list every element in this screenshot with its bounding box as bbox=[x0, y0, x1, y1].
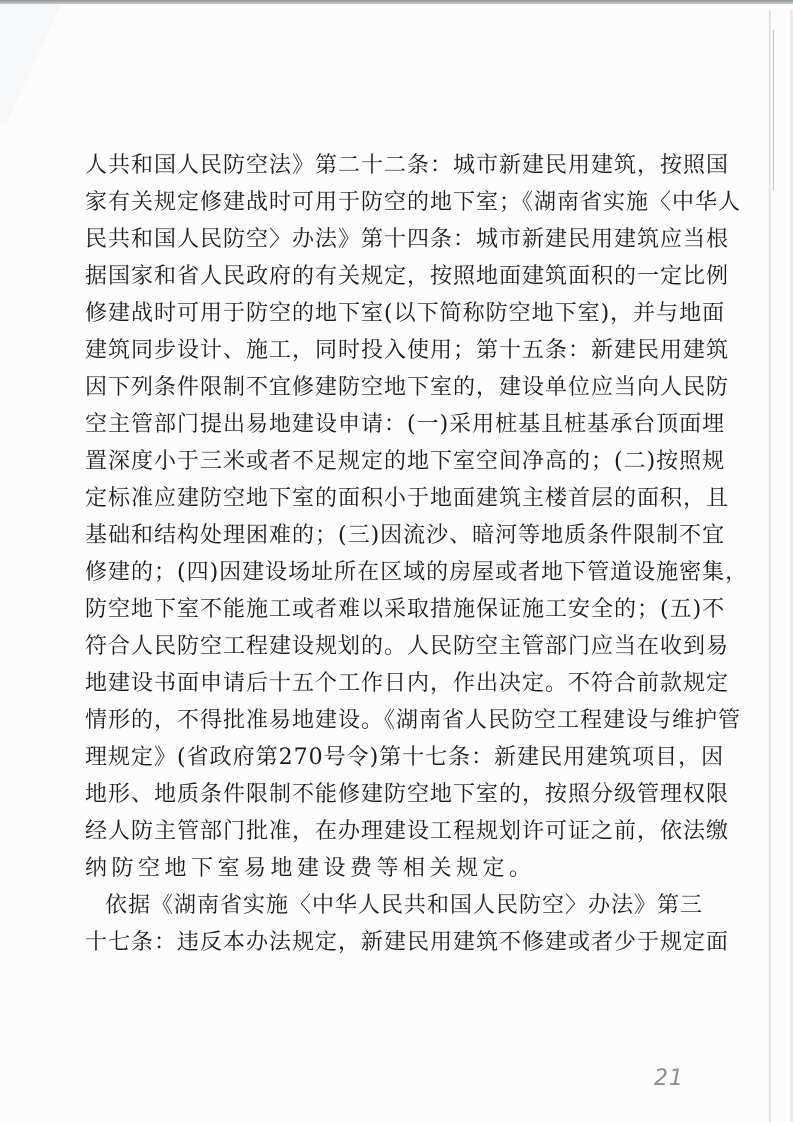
text-line: 因下列条件限制不宜修建防空地下室的，建设单位应当向人民防 bbox=[85, 369, 673, 406]
text-line: 定标准应建防空地下室的面积小于地面建筑主楼首层的面积，且 bbox=[85, 480, 673, 517]
text-line: 理规定》(省政府第270号令)第十七条：新建民用建筑项目，因 bbox=[85, 739, 673, 776]
text-line: 民共和国人民防空〉办法》第十四条：城市新建民用建筑应当根 bbox=[85, 221, 673, 258]
text-line: 防空地下室不能施工或者难以采取措施保证施工安全的；(五)不 bbox=[85, 591, 673, 628]
paper-fold-shadow bbox=[0, 4, 70, 124]
paragraph-end-line: 纳防空地下室易地建设费等相关规定。 bbox=[85, 850, 673, 887]
text-line: 置深度小于三米或者不足规定的地下室空间净高的；(二)按照规 bbox=[85, 443, 673, 480]
text-line: 十七条：违反本办法规定，新建民用建筑不修建或者少于规定面 bbox=[85, 924, 673, 961]
paragraph-start-line: 依据《湖南省实施〈中华人民共和国人民防空〉办法》第三 bbox=[85, 887, 673, 924]
text-line: 地形、地质条件限制不能修建防空地下室的，按照分级管理权限 bbox=[85, 776, 673, 813]
text-line: 基础和结构处理困难的；(三)因流沙、暗河等地质条件限制不宜 bbox=[85, 517, 673, 554]
text-line: 人共和国人民防空法》第二十二条：城市新建民用建筑，按照国 bbox=[85, 147, 673, 184]
text-line: 建筑同步设计、施工，同时投入使用；第十五条：新建民用建筑 bbox=[85, 332, 673, 369]
text-line: 地建设书面申请后十五个工作日内，作出决定。不符合前款规定 bbox=[85, 665, 673, 702]
text-line: 修建的；(四)因建设场址所在区域的房屋或者地下管道设施密集， bbox=[85, 554, 673, 591]
paper-edge-line bbox=[773, 30, 774, 190]
text-line: 经人防主管部门批准，在办理建设工程规划许可证之前，依法缴 bbox=[85, 813, 673, 850]
text-line: 符合人民防空工程建设规划的。人民防空主管部门应当在收到易 bbox=[85, 628, 673, 665]
text-line: 情形的，不得批准易地建设。《湖南省人民防空工程建设与维护管 bbox=[85, 702, 673, 739]
paper-edge-line bbox=[769, 10, 771, 1122]
document-body: 人共和国人民防空法》第二十二条：城市新建民用建筑，按照国 家有关规定修建战时可用… bbox=[85, 147, 675, 961]
text-line: 空主管部门提出易地建设申请：(一)采用桩基且桩基承台顶面埋 bbox=[85, 406, 673, 443]
text-line: 家有关规定修建战时可用于防空的地下室；《湖南省实施〈中华人 bbox=[85, 184, 673, 221]
scanner-top-edge bbox=[0, 0, 793, 4]
text-line: 修建战时可用于防空的地下室(以下简称防空地下室)，并与地面 bbox=[85, 295, 673, 332]
handwritten-page-number: 21 bbox=[654, 1066, 684, 1091]
text-line: 据国家和省人民政府的有关规定，按照地面建筑面积的一定比例 bbox=[85, 258, 673, 295]
